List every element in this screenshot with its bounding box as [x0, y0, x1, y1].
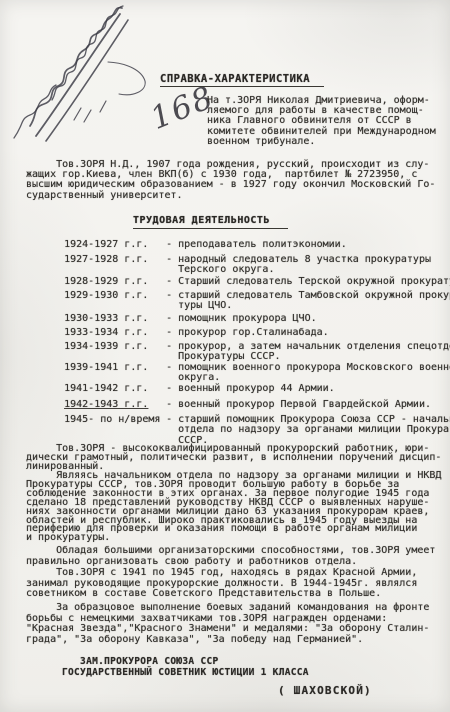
department-work-paragraph: Являясь начальником отдела по надзору за…: [26, 472, 441, 543]
biography-paragraph: Тов.ЗОРЯ Н.Д., 1907 года рождения, русск…: [26, 160, 435, 201]
signatory-name: ( ШАХОВСКОЙ): [278, 686, 372, 696]
organizational-paragraph: Обладая большими организаторскими способ…: [26, 545, 435, 567]
work-years: 1927-1928 г.г.: [64, 255, 166, 265]
army-service-paragraph: Тов.ЗОРЯ с 1941 по 1945 год, находясь в …: [26, 568, 417, 600]
work-years: 1945- по н/время: [64, 415, 166, 425]
awards-paragraph: За образцовое выполнение боевых заданий …: [26, 603, 429, 645]
addressee-paragraph: На т.ЗОРЯ Николая Дмитриевича, оформ- ля…: [207, 96, 436, 147]
work-history-header: ТРУДОВАЯ ДЕЯТЕЛЬНОСТЬ: [133, 216, 288, 229]
qualification-paragraph: Тов.ЗОРЯ - высококвалифицированный проку…: [26, 445, 441, 472]
signatory-position: ЗАМ.ПРОКУРОРА СОЮЗА ССР ГОСУДАРСТВЕННЫЙ …: [62, 657, 309, 678]
work-years: 1929-1930 г.г.: [64, 291, 166, 301]
work-years: 1939-1941 г.г.: [64, 363, 166, 373]
work-years: 1934-1939 г.г.: [64, 342, 166, 352]
document-page: 168 СПРАВКА-ХАРАКТЕРИСТИКА На т.ЗОРЯ Ник…: [0, 0, 450, 712]
document-title: СПРАВКА-ХАРАКТЕРИСТИКА: [160, 74, 324, 87]
work-position: - старший помощник Прокурора Союза ССР -…: [166, 415, 450, 446]
